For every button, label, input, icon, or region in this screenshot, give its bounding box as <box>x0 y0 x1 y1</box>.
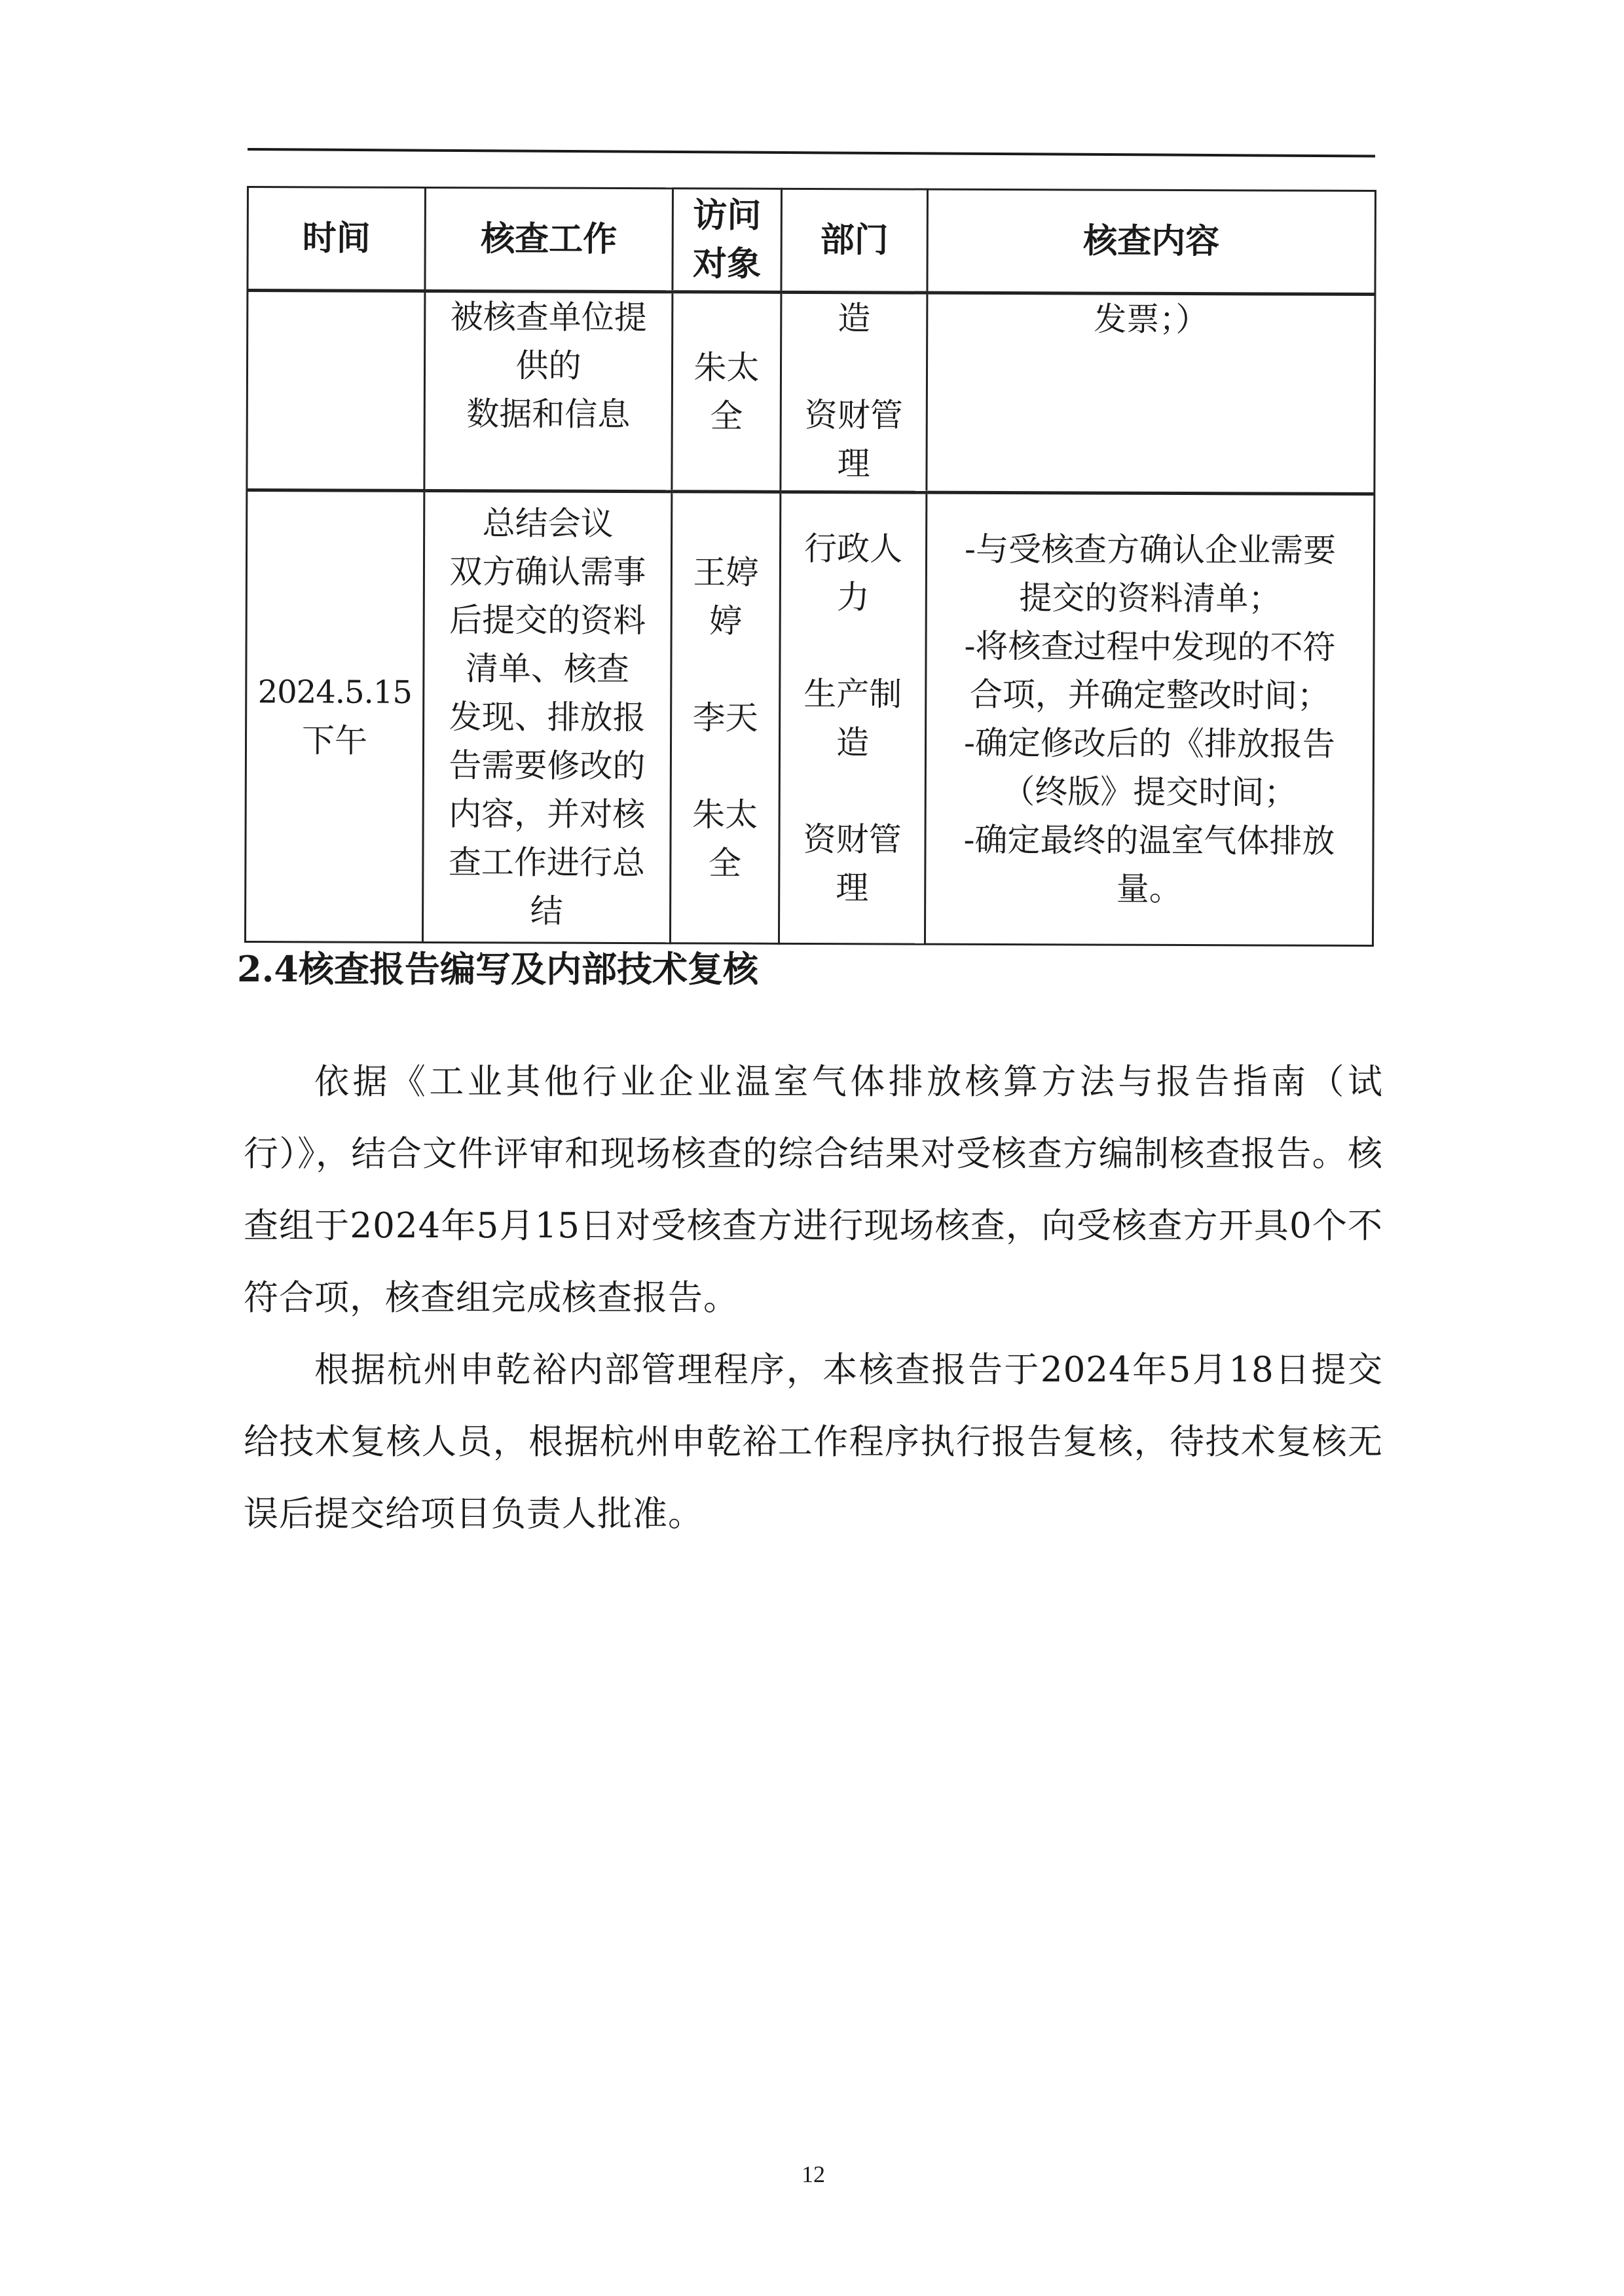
header-department: 部门 <box>781 189 928 293</box>
cell-audit-work: 总结会议 双方确认需事 后提交的资料 清单、核查 发现、排放报 告需要修改的 内… <box>422 490 671 943</box>
cell-line: 资财管 <box>786 391 922 440</box>
cell-line: 资财管 <box>784 815 920 864</box>
cell-line: 双方确认需事 <box>429 547 667 596</box>
cell-line: 量。 <box>930 864 1368 914</box>
cell-line: （终版》提交时间； <box>931 767 1369 817</box>
cell-line: 后提交的资料 <box>429 596 667 645</box>
body-paragraph: 依据《工业其他行业企业温室气体排放核算方法与报告指南（试行）》，结合文件评审和现… <box>244 1046 1383 1334</box>
cell-line: -确定修改后的《排放报告 <box>931 719 1369 769</box>
cell-line: 提交的资料清单； <box>931 574 1369 623</box>
cell-line: 发票；） <box>932 295 1370 344</box>
cell-gap <box>786 342 922 392</box>
header-interviewee-line: 访问 <box>678 191 777 240</box>
cell-interviewee: 王婷 婷 李天 朱太 全 <box>670 492 780 944</box>
cell-line: 造 <box>786 294 922 343</box>
cell-audit-content: -与受核查方确认企业需要 提交的资料清单； -将核查过程中发现的不符 合项，并确… <box>925 492 1374 945</box>
cell-line: 内容，并对核 <box>428 790 666 839</box>
cell-line: 李天 <box>676 693 775 742</box>
cell-gap <box>676 645 775 694</box>
audit-schedule-table: 时间 核查工作 访问 对象 部门 核查内容 被核查单位提 供的 数据和信息 朱太… <box>244 186 1376 947</box>
cell-department: 造 资财管 理 <box>781 292 927 492</box>
cell-line: 婷 <box>676 596 775 646</box>
body-paragraph: 根据杭州申乾裕内部管理程序，本核查报告于2024年5月18日提交给技术复核人员，… <box>244 1334 1383 1550</box>
table-row: 被核查单位提 供的 数据和信息 朱太 全 造 资财管 理 发票；） <box>247 291 1375 494</box>
header-interviewee: 访问 对象 <box>673 189 782 293</box>
header-rule <box>248 148 1375 158</box>
cell-gap <box>784 767 921 816</box>
cell-line: -将核查过程中发现的不符 <box>931 622 1369 672</box>
cell-line: 2024.5.15 <box>251 668 418 717</box>
cell-line: 理 <box>784 864 920 913</box>
cell-interviewee: 朱太 全 <box>672 292 781 492</box>
cell-time: 2024.5.15 下午 <box>245 490 424 943</box>
page-number: 12 <box>802 2160 825 2188</box>
cell-department: 行政人 力 生产制 造 资财管 理 <box>779 492 926 944</box>
table-row: 2024.5.15 下午 总结会议 双方确认需事 后提交的资料 清单、核查 发现… <box>245 490 1374 946</box>
header-time: 时间 <box>248 187 426 291</box>
cell-line: 朱太 <box>677 343 776 392</box>
cell-line: 结 <box>428 886 665 936</box>
header-audit-work: 核查工作 <box>425 187 673 291</box>
cell-line: 力 <box>785 573 921 622</box>
cell-line: -确定最终的温室气体排放 <box>930 816 1368 866</box>
cell-line: 下午 <box>251 716 418 765</box>
cell-line: 合项，并确定整改时间； <box>931 670 1369 720</box>
cell-line: 理 <box>785 439 921 488</box>
cell-gap <box>676 742 775 791</box>
cell-line: 全 <box>677 392 776 441</box>
cell-line: 朱太 <box>676 790 775 839</box>
cell-line: 被核查单位提 <box>430 293 667 342</box>
cell-line: 清单、核查 <box>428 644 666 693</box>
cell-line: 告需要修改的 <box>428 741 666 790</box>
cell-line: 造 <box>784 718 921 767</box>
cell-line: -与受核查方确认企业需要 <box>931 525 1369 575</box>
cell-line: 总结会议 <box>429 499 667 548</box>
table-header-row: 时间 核查工作 访问 对象 部门 核查内容 <box>248 187 1376 295</box>
section-heading: 2.4核查报告编写及内部技术复核 <box>237 943 758 995</box>
cell-line: 行政人 <box>785 524 921 574</box>
cell-line: 生产制 <box>784 670 921 719</box>
cell-line: 发现、排放报 <box>428 693 666 742</box>
cell-audit-content: 发票；） <box>927 293 1375 494</box>
cell-time <box>247 291 425 491</box>
cell-line: 查工作进行总 <box>428 838 665 887</box>
cell-audit-work: 被核查单位提 供的 数据和信息 <box>424 291 673 491</box>
cell-line: 王婷 <box>676 548 775 597</box>
cell-line: 数据和信息 <box>430 390 667 439</box>
cell-line: 全 <box>675 839 774 888</box>
cell-gap <box>784 621 921 670</box>
header-interviewee-line: 对象 <box>677 240 776 289</box>
header-audit-content: 核查内容 <box>927 189 1376 294</box>
cell-line: 供的 <box>430 341 667 390</box>
